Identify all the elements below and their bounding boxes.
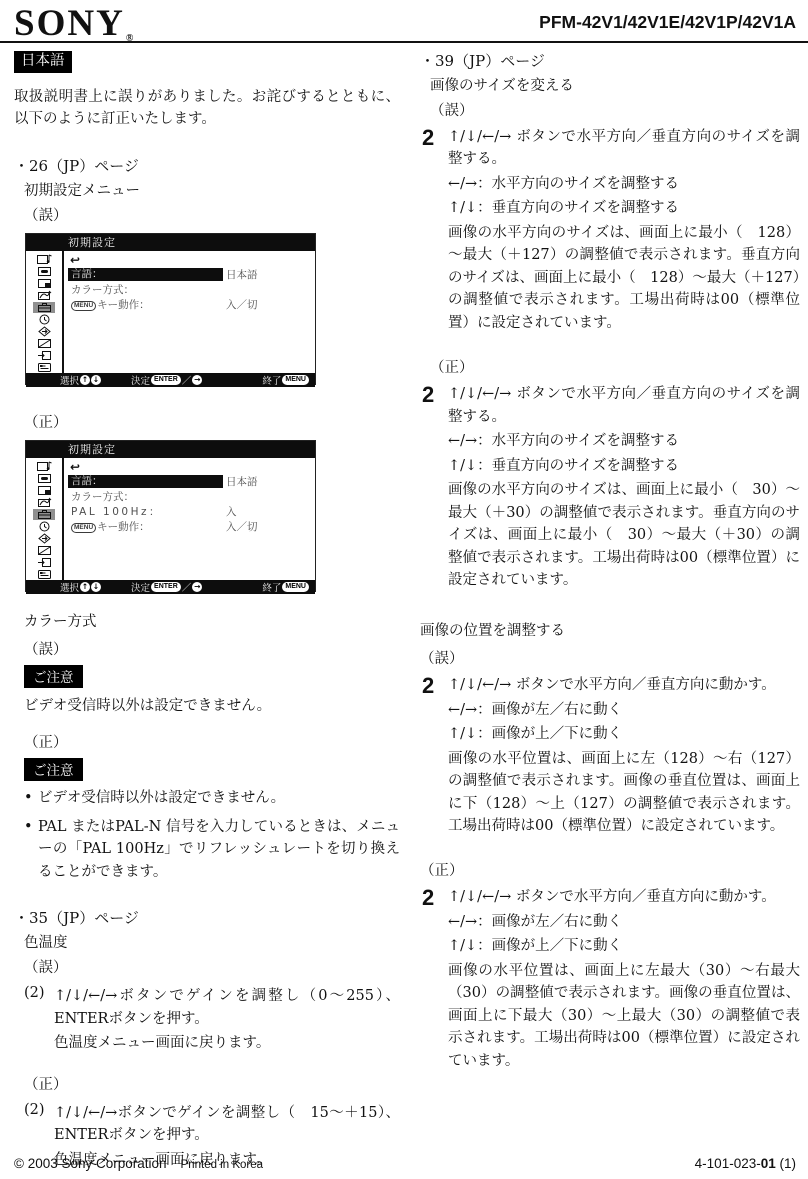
vertical-arrows-line: ↑/↓：画像が上／下に動く [448,935,800,957]
osd-menu-key-label: MENUキー動作： [68,298,150,312]
footer-copyright: © 2003 Sony CorporationPrinted in Korea [14,1156,263,1171]
model-number: PFM-42V1/42V1E/42V1P/42V1A [539,12,796,33]
printed-in-text: Printed in Korea [181,1159,263,1171]
right-arrow-key-icon: → [192,582,202,592]
signal-icon [33,497,55,508]
picture-sound-icon [33,254,55,265]
step-2-wrong: (2) ↑/↓/←/→ボタンでゲインを調整し（0～255）、ENTERボタンを押… [14,985,400,1056]
osd-decide-text: 決定 [131,373,150,387]
osd-slash: ／ [182,373,192,387]
osd-decide-text: 決定 [131,580,150,594]
step-number: 2 [422,126,448,336]
tilt-icon [33,545,55,556]
osd-title: 初期設定 [26,234,315,251]
language-badge: 日本語 [14,51,72,73]
up-arrow-key-icon: ↑ [80,375,90,385]
menu-key-icon: MENU [71,523,96,533]
wrong-label: （誤） [420,647,800,668]
header-divider [0,41,808,43]
vertical-arrows-line: ↑/↓：垂直方向のサイズを調整する [448,197,800,219]
color-wrong-note: ビデオ受信時以外は設定できません。 [14,696,400,718]
sony-logo-text: SONY [14,3,125,44]
pip-icon [33,278,55,289]
part-number-prefix: 4-101-023- [695,1156,761,1171]
osd-language-label: 言語： [68,268,223,281]
up-arrow-key-icon: ↑ [80,582,90,592]
footer-part-number: 4-101-023-01 (1) [695,1156,796,1171]
step-result: 色温度メニュー画面に戻ります。 [54,1032,400,1054]
section-39-heading: ・39（JP）ページ [420,50,800,71]
osd-menu-key-text: キー動作： [97,299,150,311]
self-diagnosis-icon [33,326,55,337]
errata-document-page: SONY® PFM-42V1/42V1E/42V1P/42V1A 日本語 取扱説… [0,0,808,1179]
horizontal-arrows-line: ←/→：水平方向のサイズを調整する [448,430,800,452]
step-text: ↑/↓/←/→ボタンでゲインを調整し（0～255）、ENTERボタンを押す。 [54,985,400,1030]
menu-key-icon: MENU [282,582,309,592]
osd-footer-bar: 選択↑↓ 決定ENTER／→ 終了MENU [26,373,315,387]
color-correct-bullet-1: ビデオ受信時以外は設定できません。 [24,787,400,809]
osd-menu-key-label: MENUキー動作： [68,520,150,534]
size-step-correct: 2 ↑/↓/←/→ ボタンで水平方向／垂直方向のサイズを調整する。 ←/→：水平… [420,383,800,593]
section-35-subheading: 色温度 [14,931,400,952]
pip-icon [33,485,55,496]
osd-language-label: 言語： [68,475,223,488]
size-step-wrong: 2 ↑/↓/←/→ ボタンで水平方向／垂直方向のサイズを調整する。 ←/→：水平… [420,126,800,336]
horizontal-arrows-line: ←/→：画像が左／右に動く [448,699,800,721]
correct-label: （正） [14,1073,400,1094]
osd-footer-bar: 選択↑↓ 決定ENTER／→ 終了MENU [26,580,315,594]
input-icon [33,557,55,568]
horizontal-arrows-line: ←/→：画像が左／右に動く [448,911,800,933]
osd-pal100hz-value: 入 [226,505,237,519]
osd-row-color-system: カラー方式： [68,490,311,505]
osd-row-menu-key: MENUキー動作： 入／切 [68,520,311,535]
step-text: ↑/↓/←/→ボタンでゲインを調整し（ 15～＋15）、ENTERボタンを押す。 [54,1102,400,1147]
osd-icon-sidebar [26,251,64,373]
enter-key-icon: ENTER [151,375,181,385]
color-correct-notes: ビデオ受信時以外は設定できません。 PAL またはPAL-N 信号を入力している… [14,787,400,883]
return-arrow-icon: ↩ [68,254,311,268]
wrong-label: （誤） [14,956,400,977]
horizontal-arrows-line: ←/→：水平方向のサイズを調整する [448,173,800,195]
signal-icon [33,290,55,301]
self-diagnosis-icon [33,533,55,544]
osd-menu-key-value: 入／切 [226,298,258,312]
wrong-label: （誤） [14,204,400,225]
step-detail: 画像の水平位置は、画面上に左（128）～右（127）の調整値で表示されます。画像… [448,748,800,838]
step-intro: ↑/↓/←/→ ボタンで水平方向／垂直方向に動かす。 [448,674,800,696]
timer-icon [33,314,55,325]
return-arrow-icon: ↩ [68,461,311,475]
color-correct-bullet-2: PAL またはPAL-N 信号を入力しているときは、メニューの「PAL 100H… [24,816,400,883]
setup-icon [33,302,55,313]
step-intro: ↑/↓/←/→ ボタンで水平方向／垂直方向に動かす。 [448,886,800,908]
osd-select-text: 選択 [60,373,79,387]
correct-label: （正） [14,411,400,432]
osd-select-legend: 選択↑↓ [60,580,101,594]
screen-icon [33,266,55,277]
step-number: 2 [422,674,448,839]
step-intro: ↑/↓/←/→ ボタンで水平方向／垂直方向のサイズを調整する。 [448,383,800,428]
down-arrow-key-icon: ↓ [91,375,101,385]
osd-color-system-label: カラー方式： [68,490,134,504]
osd-language-value: 日本語 [226,475,258,489]
vertical-arrows-line: ↑/↓：画像が上／下に動く [448,723,800,745]
intro-text: 取扱説明書上に誤りがありました。お詫びするとともに、以下のように訂正いたします。 [14,86,400,131]
section-26-subheading: 初期設定メニュー [14,179,400,200]
step-number: 2 [422,383,448,593]
osd-color-system-label: カラー方式： [68,283,134,297]
tilt-icon [33,338,55,349]
setup-icon [33,509,55,520]
status-info-icon [33,569,55,580]
correct-label: （正） [420,859,800,880]
step-detail: 画像の水平位置は、画面上に左最大（30）～右最大（30）の調整値で表示されます。… [448,960,800,1072]
osd-title: 初期設定 [26,441,315,458]
correct-label: （正） [14,731,400,752]
timer-icon [33,521,55,532]
wrong-label: （誤） [420,99,800,120]
osd-language-value: 日本語 [226,268,258,282]
osd-exit-text: 終了 [262,580,281,594]
step-number: (2) [24,985,54,1056]
sony-logo: SONY® [14,2,134,45]
note-badge: ご注意 [24,665,83,688]
step-intro: ↑/↓/←/→ ボタンで水平方向／垂直方向のサイズを調整する。 [448,126,800,171]
right-arrow-key-icon: → [192,375,202,385]
osd-menu-key-text: キー動作： [97,521,150,533]
screen-icon [33,473,55,484]
correct-label: （正） [420,356,800,377]
osd-exit-legend: 終了MENU [262,580,309,594]
osd-content: ↩ 言語： 日本語 カラー方式： PAL 100Hz： 入 MENUキー動作： [64,458,315,580]
osd-exit-legend: 終了MENU [262,373,309,387]
color-system-heading: カラー方式 [14,612,400,634]
osd-select-legend: 選択↑↓ [60,373,101,387]
osd-slash: ／ [182,580,192,594]
step-number: 2 [422,886,448,1074]
osd-decide-legend: 決定ENTER／→ [131,580,202,594]
osd-icon-sidebar [26,458,64,580]
step-detail: 画像の水平方向のサイズは、画面上に最小（ 128）～最大（＋127）の調整値で表… [448,222,800,334]
enter-key-icon: ENTER [151,582,181,592]
osd-select-text: 選択 [60,580,79,594]
menu-key-icon: MENU [71,301,96,311]
copyright-text: © 2003 Sony Corporation [14,1156,167,1171]
picture-sound-icon [33,461,55,472]
vertical-arrows-line: ↑/↓：垂直方向のサイズを調整する [448,455,800,477]
section-26-heading: ・26（JP）ページ [14,155,400,176]
osd-menu-screenshot-wrong: 初期設定 ↩ 言語： [25,233,316,385]
input-icon [33,350,55,361]
osd-row-language: 言語： 日本語 [68,268,311,283]
left-column: 日本語 取扱説明書上に誤りがありました。お詫びするとともに、以下のように訂正いた… [14,50,400,1173]
osd-row-menu-key: MENUキー動作： 入／切 [68,298,311,313]
position-step-correct: 2 ↑/↓/←/→ ボタンで水平方向／垂直方向に動かす。 ←/→：画像が左／右に… [420,886,800,1074]
down-arrow-key-icon: ↓ [91,582,101,592]
status-info-icon [33,362,55,373]
osd-exit-text: 終了 [262,373,281,387]
osd-row-color-system: カラー方式： [68,283,311,298]
osd-pal100hz-label: PAL 100Hz： [68,505,162,519]
part-number-revision: 01 [761,1156,776,1171]
position-step-wrong: 2 ↑/↓/←/→ ボタンで水平方向／垂直方向に動かす。 ←/→：画像が左／右に… [420,674,800,839]
osd-menu-screenshot-correct: 初期設定 ↩ 言語： [25,440,316,592]
osd-row-language: 言語： 日本語 [68,475,311,490]
osd-content: ↩ 言語： 日本語 カラー方式： MENUキー動作： 入／切 [64,251,315,373]
osd-row-pal100hz: PAL 100Hz： 入 [68,505,311,520]
right-column: ・39（JP）ページ 画像のサイズを変える （誤） 2 ↑/↓/←/→ ボタンで… [420,50,800,1074]
wrong-label: （誤） [14,638,400,659]
section-39-subheading: 画像のサイズを変える [420,74,800,95]
osd-decide-legend: 決定ENTER／→ [131,373,202,387]
position-heading: 画像の位置を調整する [420,621,800,643]
osd-menu-key-value: 入／切 [226,520,258,534]
step-detail: 画像の水平方向のサイズは、画面上に最小（ 30）～最大（＋30）の調整値で表示さ… [448,479,800,591]
menu-key-icon: MENU [282,375,309,385]
part-number-suffix: (1) [776,1156,796,1171]
note-badge: ご注意 [24,758,83,781]
section-35-heading: ・35（JP）ページ [14,907,400,928]
